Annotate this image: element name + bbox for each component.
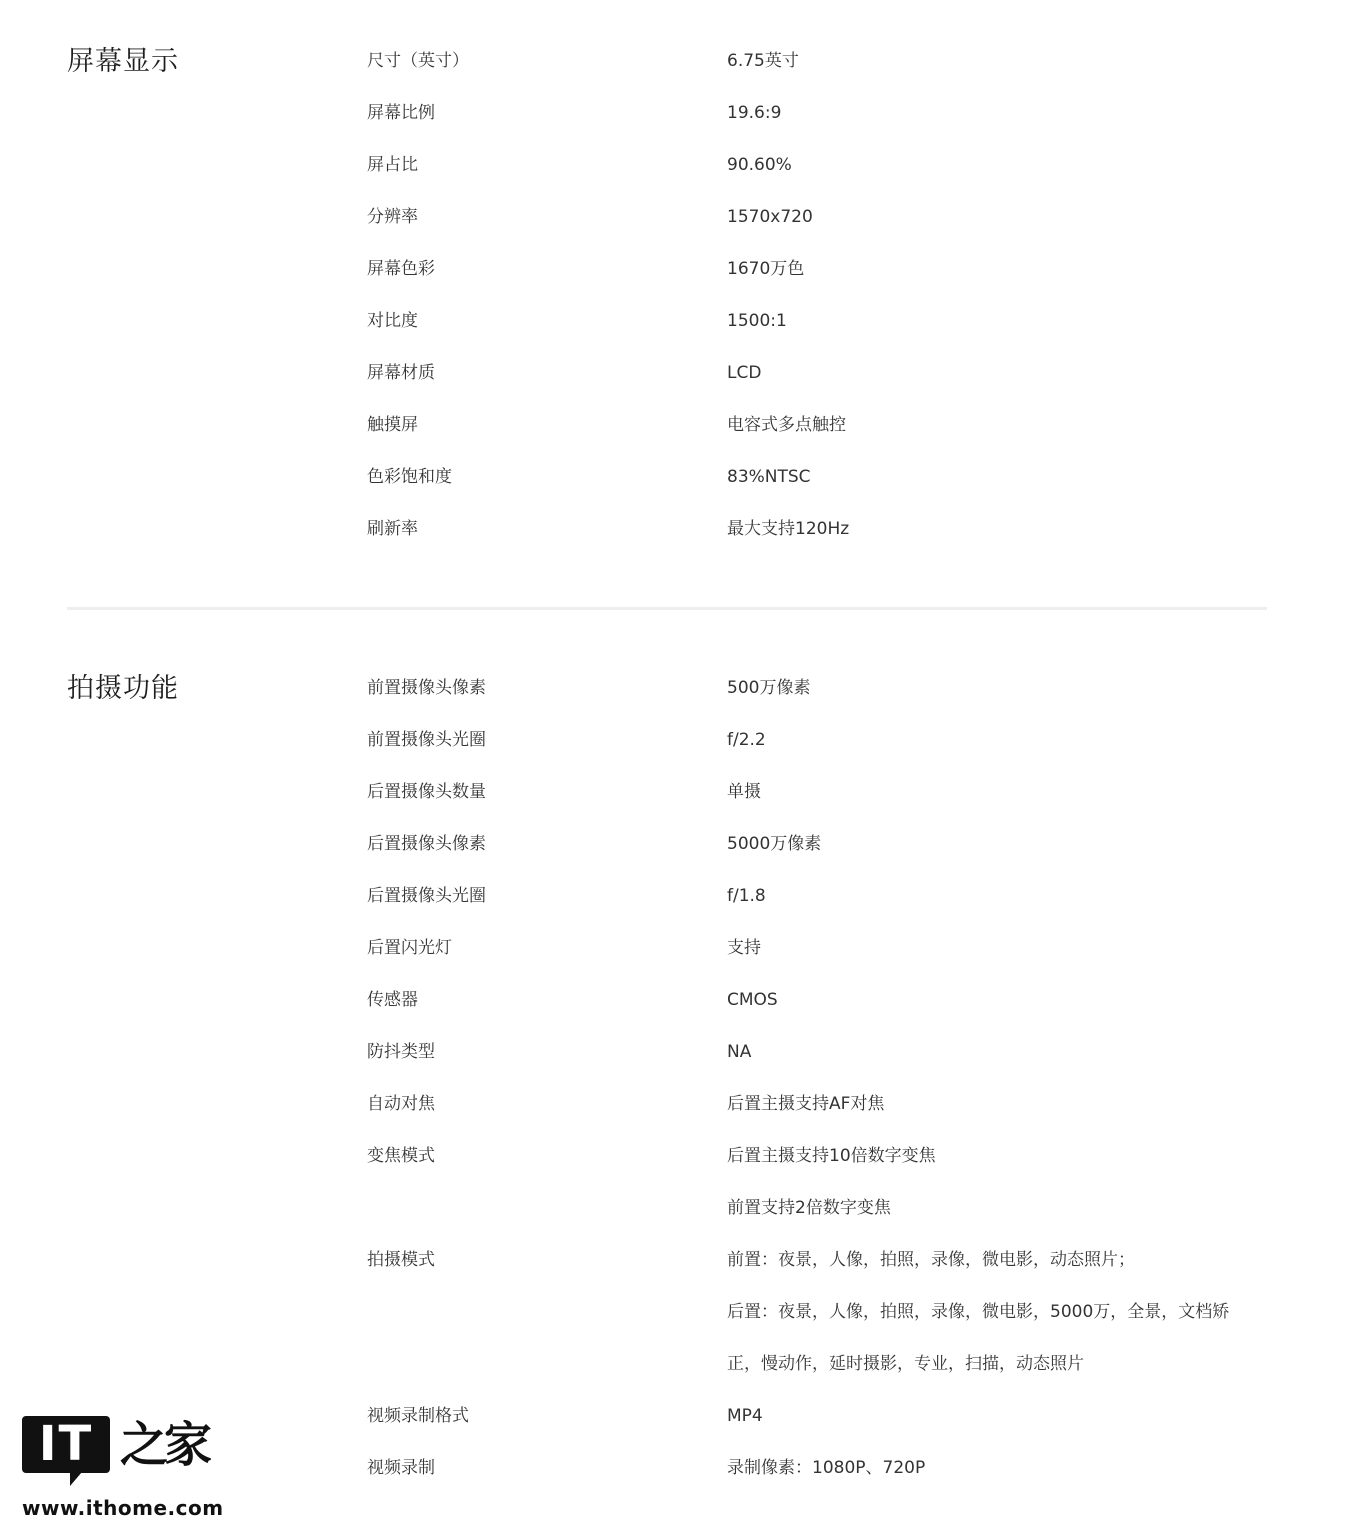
spec-value: 前置：夜景，人像，拍照，录像，微电影，动态照片； [727,1247,1135,1273]
spec-label: 前置摄像头光圈 [367,727,486,753]
spec-row: 正，慢动作，延时摄影，专业，扫描，动态照片 [0,1351,1346,1381]
spec-value: 录制像素：1080P、720P [727,1455,925,1481]
spec-label: 后置闪光灯 [367,935,452,961]
spec-row: 屏占比 90.60% [0,152,1346,182]
spec-value: LCD [727,360,761,386]
spec-value: 正，慢动作，延时摄影，专业，扫描，动态照片 [727,1351,1084,1377]
spec-value: 1570x720 [727,204,813,230]
spec-row: 后置摄像头像素 5000万像素 [0,831,1346,861]
logo-it-text: IT [22,1416,110,1473]
spec-row: 色彩饱和度 83%NTSC [0,464,1346,494]
spec-label: 传感器 [367,987,418,1013]
spec-value: CMOS [727,987,778,1013]
spec-value: 支持 [727,935,761,961]
spec-value: 19.6:9 [727,100,781,126]
spec-row: 刷新率 最大支持120Hz [0,516,1346,546]
spec-value: 后置主摄支持AF对焦 [727,1091,884,1117]
speech-bubble-tail-icon [70,1472,82,1486]
spec-label: 后置摄像头光圈 [367,883,486,909]
spec-value: 电容式多点触控 [727,412,846,438]
spec-label: 尺寸（英寸） [367,48,469,74]
spec-row: 屏幕材质 LCD [0,360,1346,390]
spec-row: 尺寸（英寸） 6.75英寸 [0,48,1346,78]
spec-label: 对比度 [367,308,418,334]
spec-value: 90.60% [727,152,792,178]
spec-value: 83%NTSC [727,464,811,490]
spec-row: 后置闪光灯 支持 [0,935,1346,965]
spec-row: 分辨率 1570x720 [0,204,1346,234]
spec-value: 前置支持2倍数字变焦 [727,1195,891,1221]
spec-label: 色彩饱和度 [367,464,452,490]
spec-row: 后置摄像头光圈 f/1.8 [0,883,1346,913]
watermark-url: www.ithome.com [22,1496,224,1520]
spec-row: 前置摄像头光圈 f/2.2 [0,727,1346,757]
spec-label: 触摸屏 [367,412,418,438]
spec-value: f/2.2 [727,727,766,753]
spec-row: 前置支持2倍数字变焦 [0,1195,1346,1225]
spec-label: 视频录制 [367,1455,435,1481]
spec-value: f/1.8 [727,883,766,909]
spec-value: 后置主摄支持10倍数字变焦 [727,1143,936,1169]
spec-label: 后置摄像头数量 [367,779,486,805]
spec-value: 单摄 [727,779,761,805]
ithome-watermark: IT 之家 www.ithome.com [22,1412,212,1527]
spec-label: 前置摄像头像素 [367,675,486,701]
spec-label: 防抖类型 [367,1039,435,1065]
spec-row: 自动对焦 后置主摄支持AF对焦 [0,1091,1346,1121]
spec-value: 6.75英寸 [727,48,799,74]
ithome-logo-icon: IT [22,1416,110,1473]
spec-label: 后置摄像头像素 [367,831,486,857]
spec-row: 对比度 1500:1 [0,308,1346,338]
logo-zh-text: 之家 [120,1414,208,1476]
spec-row: 后置摄像头数量 单摄 [0,779,1346,809]
spec-row: 屏幕色彩 1670万色 [0,256,1346,286]
spec-row: 触摸屏 电容式多点触控 [0,412,1346,442]
spec-value: 1500:1 [727,308,787,334]
spec-label: 拍摄模式 [367,1247,435,1273]
spec-label: 分辨率 [367,204,418,230]
spec-label: 自动对焦 [367,1091,435,1117]
spec-row: 拍摄模式 前置：夜景，人像，拍照，录像，微电影，动态照片； [0,1247,1346,1277]
spec-label: 刷新率 [367,516,418,542]
spec-value: 1670万色 [727,256,804,282]
spec-row: 屏幕比例 19.6:9 [0,100,1346,130]
spec-row: 传感器 CMOS [0,987,1346,1017]
spec-label: 屏幕材质 [367,360,435,386]
spec-label: 屏幕比例 [367,100,435,126]
spec-value: 500万像素 [727,675,810,701]
spec-label: 屏占比 [367,152,418,178]
spec-value: 最大支持120Hz [727,516,849,542]
spec-value: NA [727,1039,751,1065]
spec-value: 后置：夜景，人像，拍照，录像，微电影，5000万，全景，文档矫 [727,1299,1229,1325]
spec-label: 屏幕色彩 [367,256,435,282]
spec-row: 变焦模式 后置主摄支持10倍数字变焦 [0,1143,1346,1173]
spec-row: 后置：夜景，人像，拍照，录像，微电影，5000万，全景，文档矫 [0,1299,1346,1329]
section-divider [67,607,1267,610]
spec-label: 视频录制格式 [367,1403,469,1429]
spec-value: MP4 [727,1403,763,1429]
spec-row: 前置摄像头像素 500万像素 [0,675,1346,705]
spec-value: 5000万像素 [727,831,821,857]
spec-label: 变焦模式 [367,1143,435,1169]
spec-row: 防抖类型 NA [0,1039,1346,1069]
